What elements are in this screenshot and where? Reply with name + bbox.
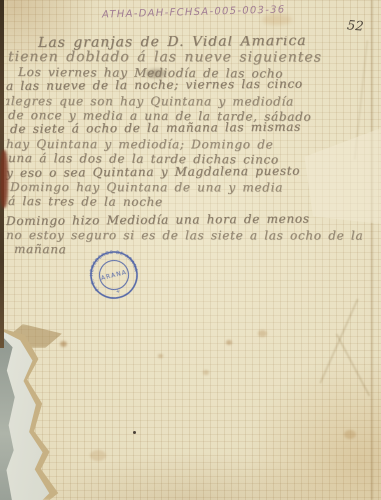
stain-spot — [60, 341, 67, 347]
stamp-center-text: ARANA — [100, 269, 128, 282]
handwritten-text-block: Las granjas de D. Vidal Amarica tienen d… — [6, 36, 378, 260]
manuscript-line: mañana — [14, 242, 378, 259]
page-number: 52 — [347, 18, 365, 34]
stain-spot — [158, 354, 163, 358]
manuscript-line: y eso o sea Quintana y Magdalena puesto — [6, 163, 378, 180]
manuscript-line: a las nueve de la noche; viernes las cin… — [6, 76, 378, 93]
stamp-bottom-symbol: + — [115, 289, 121, 296]
manuscript-line: Domingo hay Quintana de una y media — [10, 180, 378, 195]
stain-spot — [90, 450, 106, 461]
manuscript-line: de siete á ocho de la mañana las mismas — [10, 119, 378, 136]
edge-red-blotch — [0, 150, 8, 208]
manuscript-line: no estoy seguro si es de las siete a las… — [6, 228, 378, 243]
stain-spot — [203, 370, 209, 375]
manuscript-line: hay Quintana y mediodía; Domingo de — [6, 137, 378, 152]
manuscript-line: á las tres de la noche — [8, 194, 378, 211]
manuscript-line: tienen doblado á las nueve siguientes — [8, 50, 378, 65]
stain-spot — [226, 340, 232, 345]
manuscript-line: alegres que son hay Quintana y mediodía — [6, 94, 378, 109]
manuscript-line: Domingo hizo Mediodía una hora de menos — [6, 211, 378, 228]
stamp-ring-text: F. C. HEREDEROS DE ARANA — [84, 244, 142, 293]
scanned-manuscript-page: ATHA-DAH-FCHSA-005-003-36 52 Las granjas… — [0, 0, 381, 500]
ink-dot — [133, 431, 136, 434]
stain-spot — [258, 330, 267, 337]
stain-spot — [344, 430, 356, 439]
